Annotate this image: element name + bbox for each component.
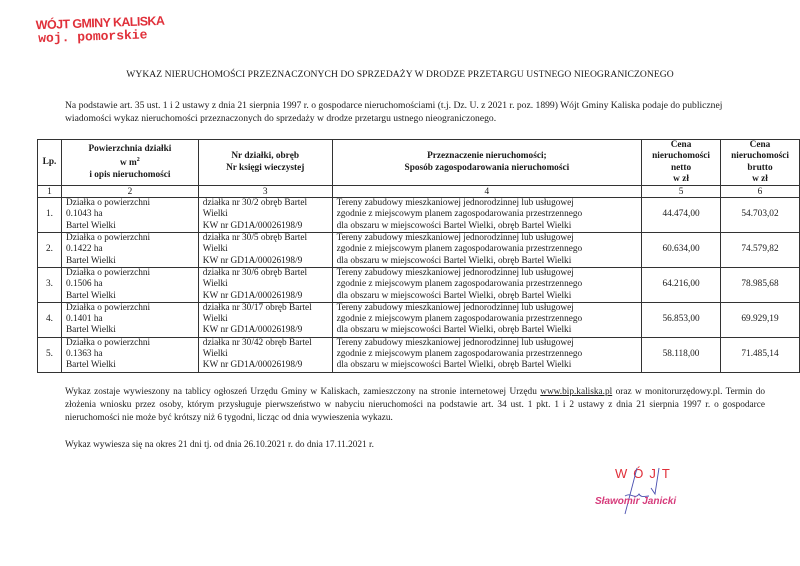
plot-purpose: Tereny zabudowy mieszkaniowej jednorodzi… [332,198,641,233]
row-number: 1. [38,198,62,233]
table-row: 2.Działka o powierzchni0.1422 haBartel W… [38,233,800,268]
price-brutto: 71.485,14 [721,337,800,372]
property-list-table: Lp. Powierzchnia działki w m2 i opis nie… [37,139,800,373]
publication-note: Wykaz zostaje wywieszony na tablicy ogło… [65,386,765,425]
price-brutto: 69.929,19 [721,302,800,337]
header-plot: Nr działki, obręb Nr księgi wieczystej [198,140,332,186]
document-title: WYKAZ NIERUCHOMOŚCI PRZEZNACZONYCH DO SP… [0,69,800,80]
plot-number-kw: działka nr 30/2 obręb BartelWielkiKW nr … [198,198,332,233]
plot-purpose: Tereny zabudowy mieszkaniowej jednorodzi… [332,337,641,372]
row-number: 5. [38,337,62,372]
header-price-netto: Cena nieruchomości netto w zł [642,140,721,186]
header-purpose: Przeznaczenie nieruchomości; Sposób zago… [332,140,641,186]
plot-purpose: Tereny zabudowy mieszkaniowej jednorodzi… [332,233,641,268]
plot-purpose: Tereny zabudowy mieszkaniowej jednorodzi… [332,267,641,302]
header-price-brutto: Cena nieruchomości brutto w zł [721,140,800,186]
price-netto: 58.118,00 [642,337,721,372]
plot-description: Działka o powierzchni0.1363 haBartel Wie… [61,337,198,372]
office-stamp: WÓJT GMINY KALISKA woj. pomorskie [36,15,165,46]
bip-link[interactable]: www.bip.kaliska.pl [540,387,612,397]
table-row: 3.Działka o powierzchni0.1506 haBartel W… [38,267,800,302]
index-cell: 1 [38,186,62,198]
plot-number-kw: działka nr 30/17 obręb BartelWielkiKW nr… [198,302,332,337]
plot-description: Działka o powierzchni0.1043 haBartel Wie… [61,198,198,233]
price-brutto: 78.985,68 [721,267,800,302]
index-cell: 2 [61,186,198,198]
signatory-name: Sławomir Janicki [595,496,676,507]
price-netto: 64.216,00 [642,267,721,302]
table-header-row: Lp. Powierzchnia działki w m2 i opis nie… [38,140,800,186]
row-number: 3. [38,267,62,302]
row-number: 4. [38,302,62,337]
plot-number-kw: działka nr 30/42 obręb BartelWielkiKW nr… [198,337,332,372]
plot-description: Działka o powierzchni0.1506 haBartel Wie… [61,267,198,302]
stamp-line-2: woj. pomorskie [38,28,165,46]
price-brutto: 74.579,82 [721,233,800,268]
plot-number-kw: działka nr 30/6 obręb BartelWielkiKW nr … [198,267,332,302]
table-row: 4.Działka o powierzchni0.1401 haBartel W… [38,302,800,337]
table-row: 5.Działka o powierzchni0.1363 haBartel W… [38,337,800,372]
column-index-row: 1 2 3 4 5 6 [38,186,800,198]
price-netto: 56.853,00 [642,302,721,337]
header-lp: Lp. [38,140,62,186]
display-period: Wykaz wywiesza się na okres 21 dni tj. o… [65,440,374,450]
price-netto: 60.634,00 [642,233,721,268]
row-number: 2. [38,233,62,268]
index-cell: 6 [721,186,800,198]
plot-description: Działka o powierzchni0.1401 haBartel Wie… [61,302,198,337]
price-brutto: 54.703,02 [721,198,800,233]
signature-block: WÓJT Sławomir Janicki [595,466,705,526]
header-area: Powierzchnia działki w m2 i opis nieruch… [61,140,198,186]
index-cell: 4 [332,186,641,198]
table-row: 1.Działka o powierzchni0.1043 haBartel W… [38,198,800,233]
intro-paragraph: Na podstawie art. 35 ust. 1 i 2 ustawy z… [65,99,765,125]
price-netto: 44.474,00 [642,198,721,233]
plot-purpose: Tereny zabudowy mieszkaniowej jednorodzi… [332,302,641,337]
index-cell: 3 [198,186,332,198]
index-cell: 5 [642,186,721,198]
plot-description: Działka o powierzchni0.1422 haBartel Wie… [61,233,198,268]
plot-number-kw: działka nr 30/5 obręb BartelWielkiKW nr … [198,233,332,268]
